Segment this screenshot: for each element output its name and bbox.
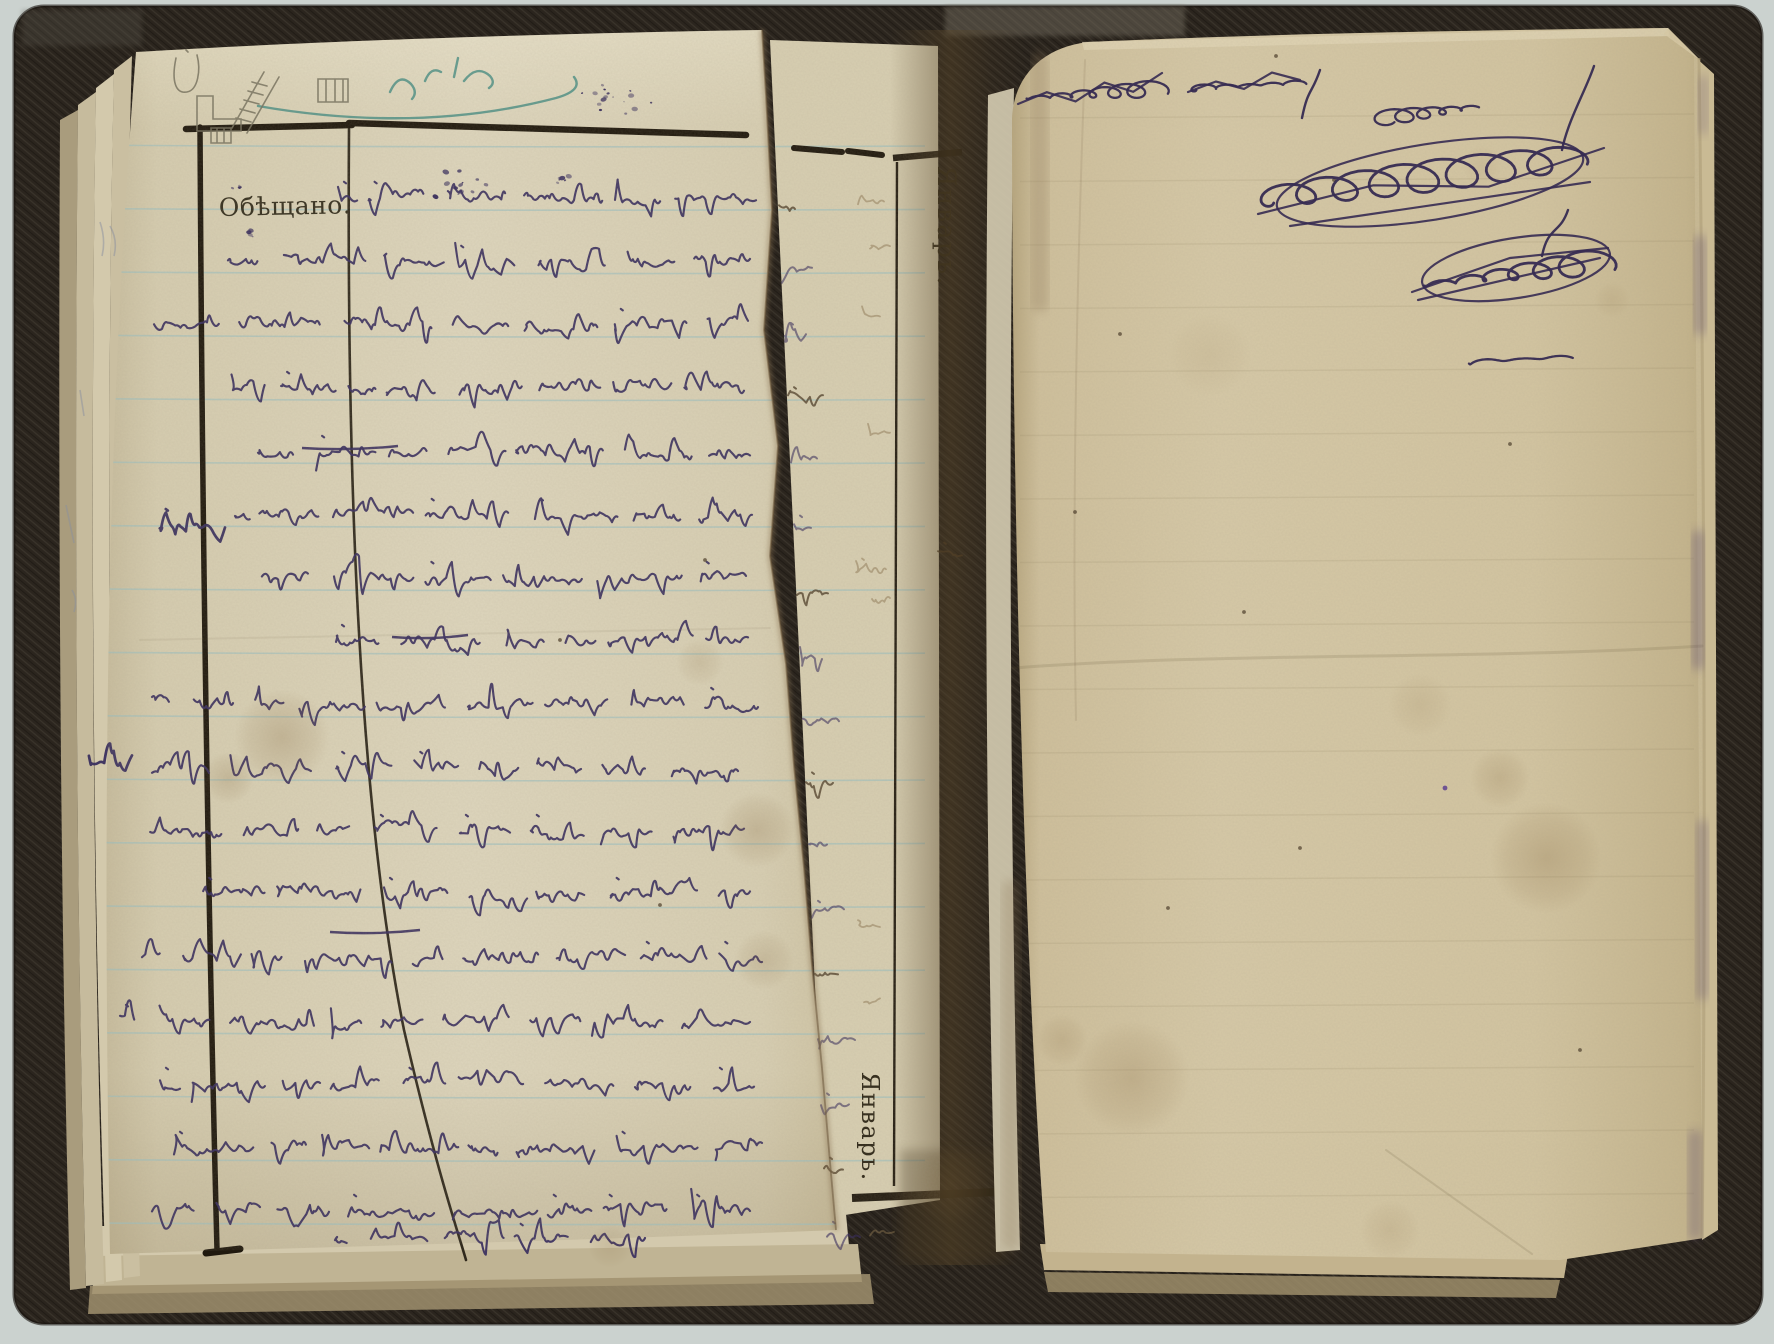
diary-photograph: Январь. Январь. Обѣщано. — [0, 0, 1774, 1344]
book-photo: Январь. Январь. Обѣщано. — [0, 0, 1774, 1344]
paper-grain — [60, 20, 1730, 1310]
grain-left — [60, 20, 940, 1310]
brown-streak — [1002, 880, 1020, 1250]
cover-worn-corner — [22, 10, 142, 46]
grain-right — [1000, 20, 1730, 1270]
